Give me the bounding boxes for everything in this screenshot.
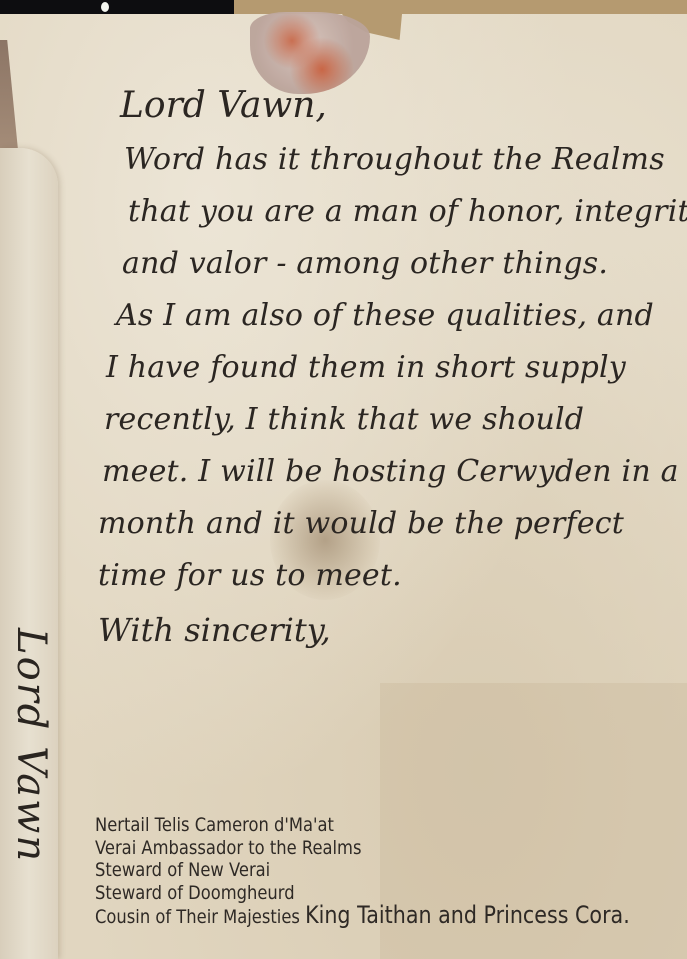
closing: With sincerity, xyxy=(98,602,687,658)
scroll-address-label: Lord Vawn xyxy=(8,628,54,863)
letter-line: time for us to meet. xyxy=(98,550,687,602)
letter-line: meet. I will be hosting Cerwyden in a xyxy=(102,446,687,498)
background-light xyxy=(101,2,109,12)
salutation: Lord Vawn, xyxy=(120,88,687,124)
letter-line: Word has it throughout the Realms xyxy=(124,134,687,186)
letter-line: As I am also of these qualities, and xyxy=(116,290,687,342)
relation-suffix: King Taithan and Princess Cora. xyxy=(305,901,630,929)
signatory-title: Steward of New Verai xyxy=(95,859,630,882)
letter-body: Lord Vawn, Word has it throughout the Re… xyxy=(98,88,687,658)
letter-line: that you are a man of honor, integrity xyxy=(128,186,687,238)
rolled-scroll: Lord Vawn xyxy=(0,148,58,959)
letter-line: I have found them in short supply xyxy=(106,342,687,394)
signatory-name: Nertail Telis Cameron d'Ma'at xyxy=(95,814,630,837)
signatory-relation: Cousin of Their Majesties King Taithan a… xyxy=(95,904,630,929)
signatory-title: Verai Ambassador to the Realms xyxy=(95,837,630,860)
letter-line: recently, I think that we should xyxy=(104,394,687,446)
relation-prefix: Cousin of Their Majesties xyxy=(95,906,300,928)
signature-block: Nertail Telis Cameron d'Ma'at Verai Amba… xyxy=(95,814,630,929)
letter-line: month and it would be the perfect xyxy=(98,498,687,550)
letter-line: and valor - among other things. xyxy=(122,238,687,290)
